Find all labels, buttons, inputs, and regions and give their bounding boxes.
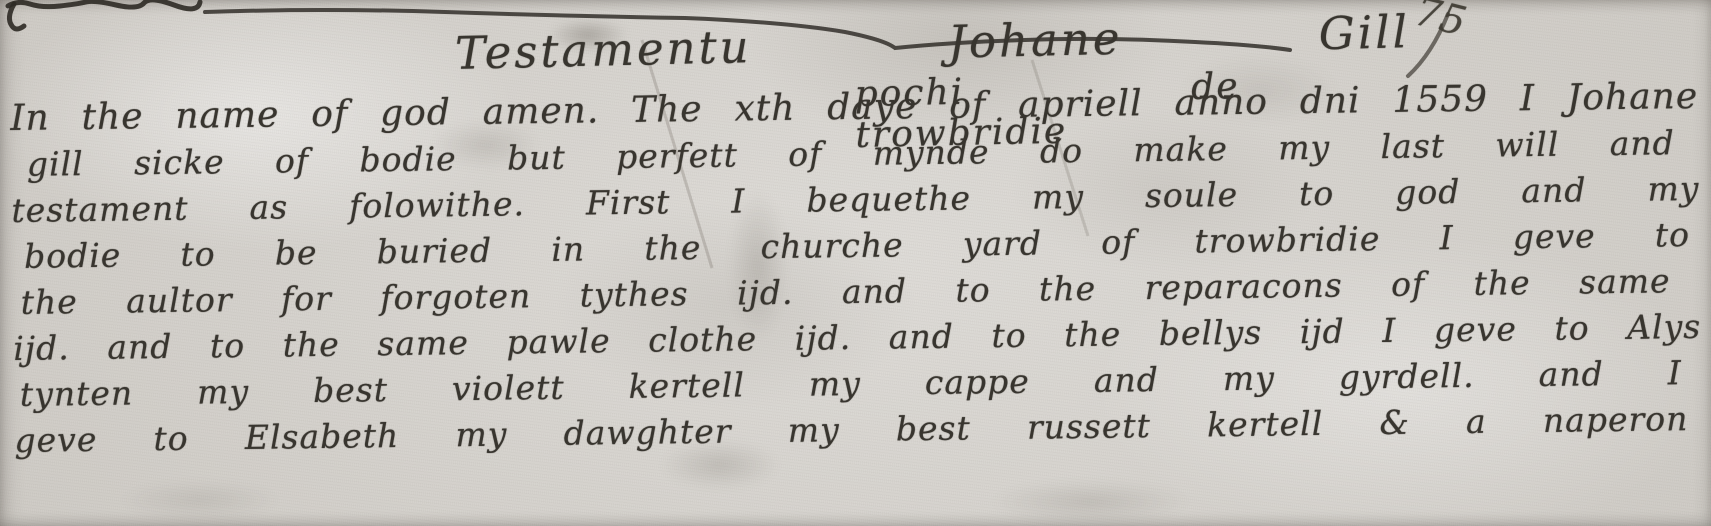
entry-heading-line-1: Testamentu Johane Gill — [455, 5, 1411, 80]
will-body: In the name of god amen. The xth daye of… — [10, 74, 1703, 464]
manuscript-page: 75 Testamentu Johane Gill pochi de trowb… — [0, 0, 1711, 526]
folio-number: 75 — [1410, 0, 1471, 45]
paper-stain — [120, 480, 280, 520]
paper-stain — [990, 480, 1190, 524]
cut-off-previous-entry-squiggle — [8, 0, 200, 9]
cut-off-previous-entry-tail — [9, 4, 24, 29]
